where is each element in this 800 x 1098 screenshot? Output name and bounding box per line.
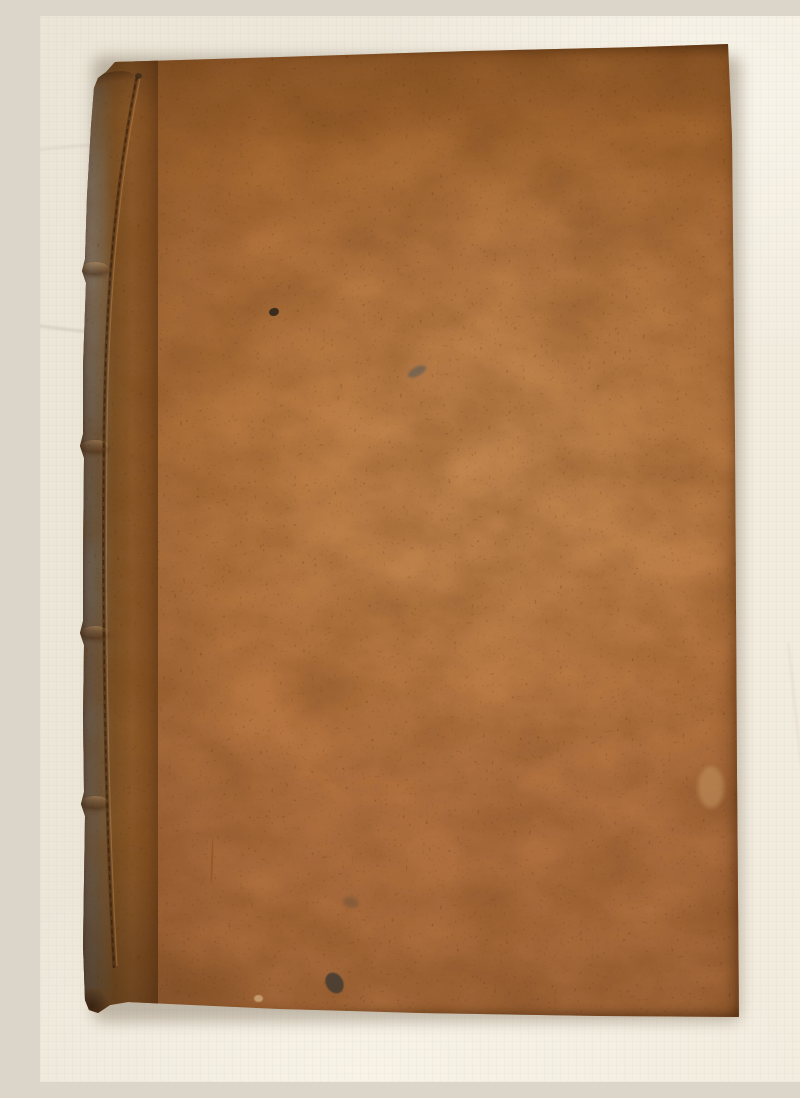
fabric-crease [787,642,800,771]
book [40,16,800,1082]
cover-edge-shading [80,42,740,1020]
photo-scene: Photograph of an antique leather-bound b… [40,16,800,1082]
